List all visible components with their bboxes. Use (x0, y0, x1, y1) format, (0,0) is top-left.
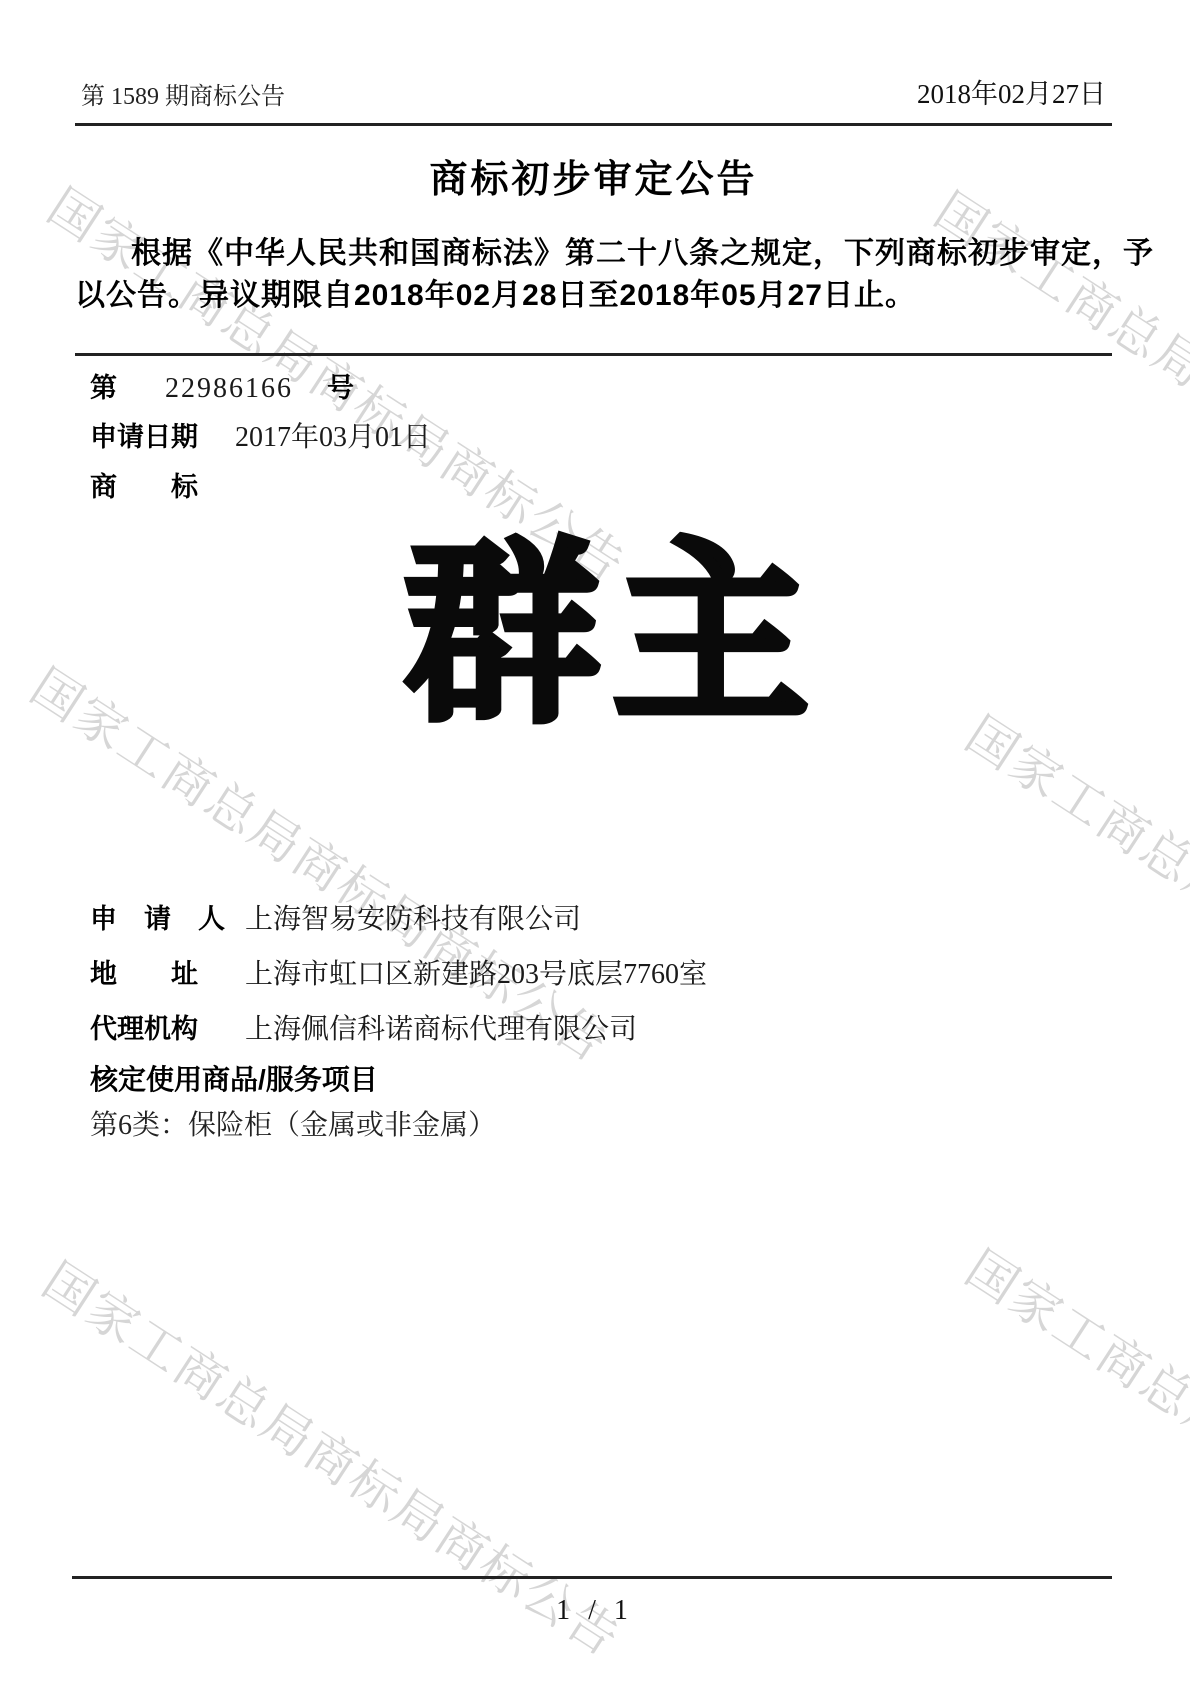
registration-number-row: 第 22986166 号 (75, 373, 1112, 404)
page-footer: 1/1 (72, 1576, 1112, 1627)
page-header: 第 1589 期商标公告 2018年02月27日 (75, 0, 1112, 126)
trademark-image: 群主 (75, 528, 1112, 758)
applicant-value: 上海智易安防科技有限公司 (245, 905, 581, 935)
application-date-value: 2017年03月01日 (235, 423, 431, 453)
applicant-label: 申 请 人 (90, 904, 245, 934)
trademark-label-row: 商 标 (75, 472, 1112, 502)
registration-number-value: 22986166 (165, 374, 293, 404)
current-page-number: 1 (556, 1595, 570, 1626)
application-date-label: 申请日期 (90, 422, 198, 452)
page-separator: / (588, 1595, 596, 1626)
registration-number-suffix: 号 (327, 373, 354, 403)
gazette-issue: 第 1589 期商标公告 (81, 76, 285, 111)
address-row: 地 址 上海市虹口区新建路203号底层7760室 (75, 959, 1112, 990)
address-label: 地 址 (90, 959, 245, 989)
registration-number-prefix: 第 (90, 373, 117, 403)
page-title: 商标初步审定公告 (75, 148, 1112, 203)
agency-value: 上海佩信科诺商标代理有限公司 (245, 1015, 637, 1045)
agency-label: 代理机构 (90, 1014, 245, 1044)
notice-line-1: 根据《中华人民共和国商标法》第二十八条之规定，下列商标初步审定，予 (75, 233, 1112, 275)
total-page-number: 1 (614, 1595, 628, 1626)
applicant-row: 申 请 人 上海智易安防科技有限公司 (75, 904, 1112, 935)
notice-line-2: 以公告。异议期限自2018年02月28日至2018年05月27日止。 (75, 275, 1112, 317)
agency-row: 代理机构 上海佩信科诺商标代理有限公司 (75, 1014, 1112, 1045)
gazette-date: 2018年02月27日 (917, 72, 1106, 111)
goods-services-heading: 核定使用商品/服务项目 (75, 1065, 1112, 1095)
trademark-label: 商 标 (90, 472, 198, 502)
application-date-row: 申请日期 2017年03月01日 (75, 422, 1112, 453)
section-divider (75, 353, 1112, 356)
address-value: 上海市虹口区新建路203号底层7760室 (245, 960, 707, 990)
notice-paragraph: 根据《中华人民共和国商标法》第二十八条之规定，下列商标初步审定，予 以公告。异议… (75, 233, 1112, 317)
goods-services-items: 第6类：保险柜（金属或非金属） (75, 1111, 1112, 1141)
